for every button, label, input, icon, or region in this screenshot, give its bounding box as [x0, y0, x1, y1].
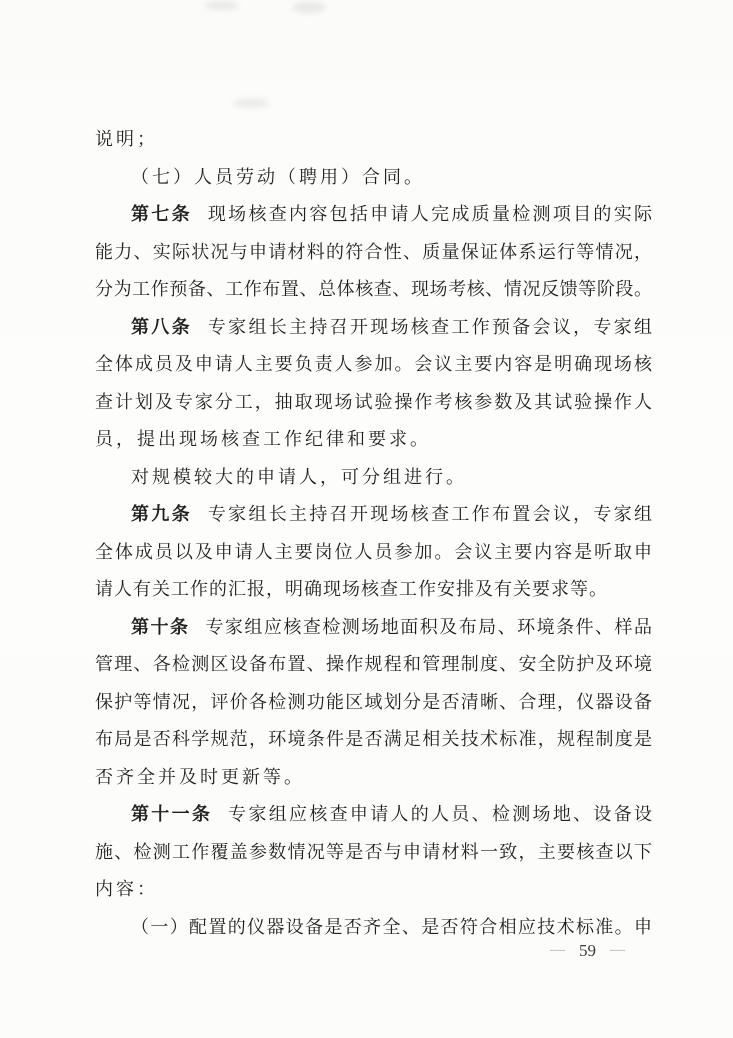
article-number: 第九条 [131, 504, 192, 524]
page-number: —59— [550, 938, 625, 964]
text-line: 否齐全并及时更新等。 [95, 759, 652, 797]
scan-artifact [292, 2, 326, 13]
text-line: 能力、实际状况与申请材料的符合性、质量保证体系运行等情况， [95, 234, 652, 272]
text-line: 全体成员及申请人主要负责人参加。会议主要内容是明确现场核 [95, 346, 652, 384]
text-line: 对规模较大的申请人，可分组进行。 [95, 459, 652, 497]
text-line: 内容： [95, 871, 652, 909]
line-text: 专家组长主持召开现场核查工作预备会议，专家组 [208, 317, 652, 337]
page-number-dash-right: — [610, 942, 625, 958]
page-number-dash-left: — [550, 942, 565, 958]
text-line: 查计划及专家分工，抽取现场试验操作考核参数及其试验操作人 [95, 384, 652, 422]
text-line: 全体成员以及申请人主要岗位人员参加。会议主要内容是听取申 [95, 534, 652, 572]
scan-artifact [233, 99, 269, 107]
text-line: 第九条专家组长主持召开现场核查工作布置会议，专家组 [95, 496, 652, 534]
text-line: 管理、各检测区设备布置、操作规程和管理制度、安全防护及环境 [95, 646, 652, 684]
page-number-value: 59 [579, 941, 596, 960]
text-line: （七）人员劳动（聘用）合同。 [95, 159, 652, 197]
text-line: 布局是否科学规范，环境条件是否满足相关技术标准，规程制度是 [95, 721, 652, 759]
text-line: 第十一条专家组应核查申请人的人员、检测场地、设备设 [95, 796, 652, 834]
line-text: 专家组长主持召开现场核查工作布置会议，专家组 [208, 504, 652, 524]
text-line: 保护等情况，评价各检测功能区域划分是否清晰、合理，仪器设备 [95, 684, 652, 722]
document-text-block: 说明； （七）人员劳动（聘用）合同。 第七条现场核查内容包括申请人完成质量检测项… [95, 121, 652, 946]
line-text: 专家组应核查申请人的人员、检测场地、设备设 [228, 804, 652, 824]
text-line: 施、检测工作覆盖参数情况等是否与申请材料一致，主要核查以下 [95, 834, 652, 872]
scan-artifact [205, 1, 239, 10]
text-line: 第八条专家组长主持召开现场核查工作预备会议，专家组 [95, 309, 652, 347]
text-line: 请人有关工作的汇报，明确现场核查工作安排及有关要求等。 [95, 571, 652, 609]
text-line: 员，提出现场核查工作纪律和要求。 [95, 421, 652, 459]
article-number: 第八条 [131, 317, 192, 337]
line-text: 现场核查内容包括申请人完成质量检测项目的实际 [208, 204, 652, 224]
text-line: 分为工作预备、工作布置、总体核查、现场考核、情况反馈等阶段。 [95, 271, 652, 309]
article-number: 第十一条 [131, 804, 212, 824]
article-number: 第十条 [131, 617, 189, 637]
text-line: 说明； [95, 121, 652, 159]
text-line: 第七条现场核查内容包括申请人完成质量检测项目的实际 [95, 196, 652, 234]
line-text: 专家组应核查检测场地面积及布局、环境条件、样品 [205, 617, 652, 637]
article-number: 第七条 [131, 204, 192, 224]
text-line: 第十条专家组应核查检测场地面积及布局、环境条件、样品 [95, 609, 652, 647]
scanned-document-page: 说明； （七）人员劳动（聘用）合同。 第七条现场核查内容包括申请人完成质量检测项… [0, 0, 733, 1038]
